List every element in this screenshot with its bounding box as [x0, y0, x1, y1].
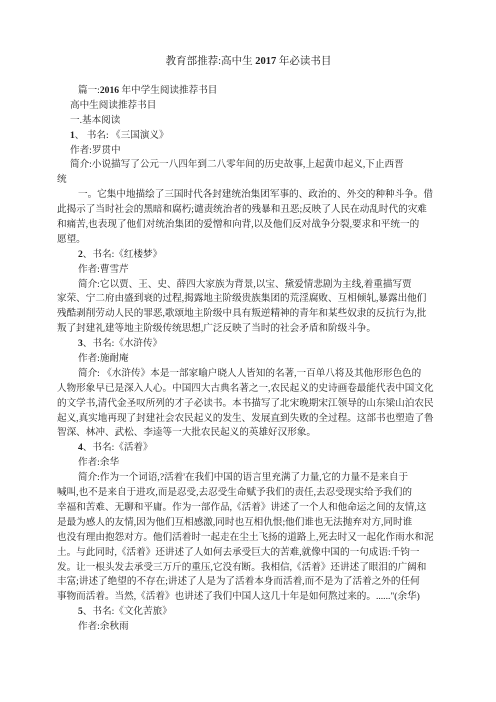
text-line: 幸福和苦难、无聊和平庸。作为一部作品,《活着》讲述了一个人和他命运之间的友情,这 [57, 501, 440, 516]
text-line: 和痛苦,也表现了他们对统治集团的爱憎和向背,以及他们反对战争分裂,要求和平统一的 [57, 218, 440, 233]
text-line: 事物而活着。当然,《活着》也讲述了我们中国人这几十年是如何熬过来的。......… [57, 590, 440, 605]
document-content: 教育部推荐:高中生 2017 年必读书目 篇一:2016 年中学生阅读推荐书目高… [57, 54, 440, 635]
numeral: 3 [78, 338, 83, 349]
numeral: 2 [78, 249, 83, 260]
text-line: 作者:余秋雨 [57, 620, 440, 635]
numeral: 5 [78, 606, 83, 617]
numeral: 4 [78, 442, 83, 453]
text-line: 叛了封建礼建等地主阶级传统思想,广泛反映了当时的社会矛盾和阶级斗争。 [57, 322, 440, 337]
numeral: 2017 [255, 56, 276, 67]
text-line: 人物形象早已是深入人心。中国四大古典名著之一,农民起义的史诗画卷最能代表中国文化 [57, 382, 440, 397]
text-line: 家荣、宁二府由盛到衰的过程,揭露地主阶级贵族集团的荒淫腐败、互相倾轧,暴露出他们 [57, 292, 440, 307]
text-line: 简介:小说描写了公元一八四年到二八零年间的历史故事,上起黄巾起义,下止西晋 [57, 158, 440, 173]
text-line: 作者:曹雪芹 [57, 263, 440, 278]
text-line: 土。与此同时,《活着》还讲述了人如何去承受巨大的苦难,就像中国的一句成语:千钧一 [57, 546, 440, 561]
text-line: 起义,真实地再现了封建社会农民起义的发生、发展直到失败的全过程。这部书也塑造了鲁 [57, 412, 440, 427]
text-line: 智深、林冲、武松、李逵等一大批农民起义的英雄好汉形象。 [57, 426, 440, 441]
document-title: 教育部推荐:高中生 2017 年必读书目 [57, 54, 440, 70]
numeral: 1 [70, 130, 75, 141]
text-line: 此揭示了当时社会的黑暗和腐朽;谴责统治者的残暴和丑恶;反映了人民在动乱时代的灾难 [57, 203, 440, 218]
text-line: 3、书名:《水浒传》 [57, 337, 440, 352]
text-line: 简介:它以贾、王、史、薛四大家族为背景,以宝、黛爱情悲剧为主线,着重描写贾 [57, 278, 440, 293]
text-line: 作者:罗贯中 [57, 144, 440, 159]
numeral: 2016 [100, 85, 119, 96]
text-line: 高中生阅读推荐书目 [57, 99, 440, 114]
text-line: 4、书名:《活着》 [57, 441, 440, 456]
text-line: 简介: 《水浒传》本是一部家喻户晓人人皆知的名著,一百单八将及其他形形色色的 [57, 367, 440, 382]
text-line: 是最为感人的友情,因为他们互相感激,同时也互相仇恨;他们谁也无法抛弃对方,同时谁 [57, 516, 440, 531]
text-line: 愿望。 [57, 233, 440, 248]
text-line: 2、书名:《红楼梦》 [57, 248, 440, 263]
text-line: 作者:余华 [57, 456, 440, 471]
text-line: 篇一:2016 年中学生阅读推荐书目 [57, 84, 440, 99]
text-line: 1、 书名: 《三国演义》 [57, 129, 440, 144]
text-line: 发。让一根头发去承受三万斤的重压,它没有断。我相信,《活着》还讲述了眼泪的广阔和 [57, 561, 440, 576]
text-line: 作者:施耐庵 [57, 352, 440, 367]
text-line: 一.基本阅读 [57, 114, 440, 129]
text-line: 统 [57, 173, 440, 188]
text-line: 喊叫,也不是来自于进攻,而是忍受,去忍受生命赋予我们的责任,去忍受现实给予我们的 [57, 486, 440, 501]
text-line: 的文学书,清代金圣叹所列的才子必读书。本书描写了北宋晚期宋江领导的山东梁山泊农民 [57, 397, 440, 412]
text-line: 丰富;讲述了绝望的不存在;讲述了人是为了活着本身而活着,而不是为了活着之外的任何 [57, 575, 440, 590]
document-page: 教育部推荐:高中生 2017 年必读书目 篇一:2016 年中学生阅读推荐书目高… [0, 0, 496, 702]
text-line: 一。它集中地描绘了三国时代各封建统治集团军事的、政治的、外交的种种斗争。借 [57, 188, 440, 203]
text-line: 残酷剥削劳动人民的罪恶,歌颂地主阶级中具有叛逆精神的青年和某些奴隶的反抗行为,批 [57, 307, 440, 322]
text-line: 5、书名:《文化苦旅》 [57, 605, 440, 620]
text-line: 也没有理由抱怨对方。他们活着时一起走在尘土飞扬的道路上,死去时又一起化作雨水和泥 [57, 531, 440, 546]
text-line: 简介:作为一个词语,?活着'在我们中国的语言里充满了力量,它的力量不是来自于 [57, 471, 440, 486]
document-body: 篇一:2016 年中学生阅读推荐书目高中生阅读推荐书目一.基本阅读1、 书名: … [57, 84, 440, 635]
